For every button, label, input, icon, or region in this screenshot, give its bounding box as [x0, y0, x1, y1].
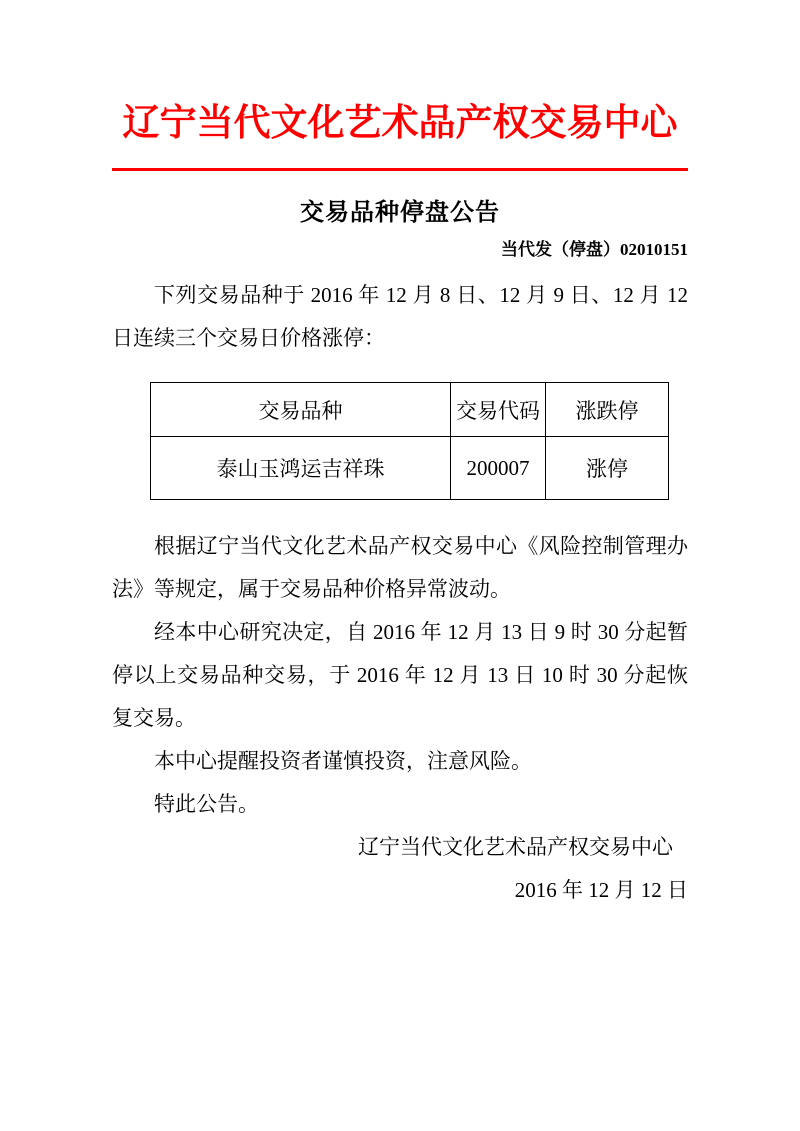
column-header-code: 交易代码 [451, 383, 546, 437]
table-header-row: 交易品种 交易代码 涨跌停 [151, 383, 669, 437]
column-header-product: 交易品种 [151, 383, 451, 437]
cell-product-name: 泰山玉鸿运吉祥珠 [151, 437, 451, 500]
column-header-limit: 涨跌停 [546, 383, 669, 437]
paragraph-decision: 经本中心研究决定，自 2016 年 12 月 13 日 9 时 30 分起暂停以… [112, 611, 688, 740]
table-row: 泰山玉鸿运吉祥珠 200007 涨停 [151, 437, 669, 500]
letterhead: 辽宁当代文化艺术品产权交易中心 [112, 100, 688, 171]
paragraph-basis: 根据辽宁当代文化艺术品产权交易中心《风险控制管理办法》等规定，属于交易品种价格异… [112, 525, 688, 611]
signature-org: 辽宁当代文化艺术品产权交易中心 [112, 826, 688, 869]
paragraph-reminder: 本中心提醒投资者谨慎投资，注意风险。 [112, 740, 688, 783]
document-page: 辽宁当代文化艺术品产权交易中心 交易品种停盘公告 当代发（停盘）02010151… [0, 0, 800, 1131]
paragraph-intro: 下列交易品种于 2016 年 12 月 8 日、12 月 9 日、12 月 12… [112, 274, 688, 360]
cell-limit-status: 涨停 [546, 437, 669, 500]
announcement-title: 交易品种停盘公告 [112, 197, 688, 229]
signature-date: 2016 年 12 月 12 日 [112, 869, 688, 912]
letterhead-org-title: 辽宁当代文化艺术品产权交易中心 [112, 100, 688, 148]
suspension-table: 交易品种 交易代码 涨跌停 泰山玉鸿运吉祥珠 200007 涨停 [150, 382, 669, 500]
cell-product-code: 200007 [451, 437, 546, 500]
letterhead-divider-rule [112, 168, 688, 171]
doc-number: 当代发（停盘）02010151 [112, 238, 688, 262]
paragraph-closing: 特此公告。 [112, 783, 688, 826]
